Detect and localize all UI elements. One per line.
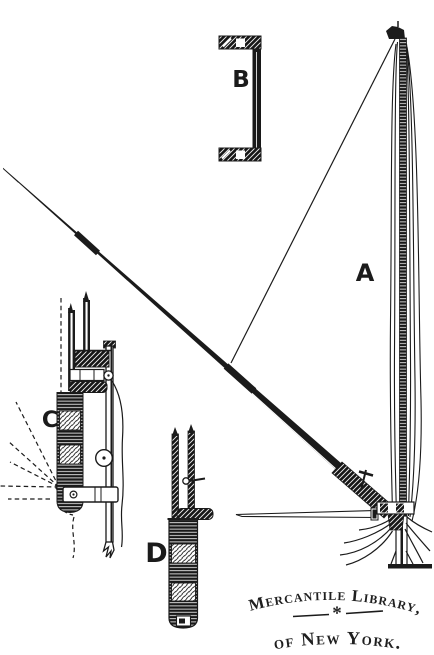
lower-band: [69, 382, 107, 393]
boom-collar-lower: [226, 366, 254, 391]
library-stamp: Mercantile Library, * of New York.: [247, 585, 425, 654]
part-d-spindle: D: [145, 424, 213, 628]
hanging-cord: [112, 381, 123, 547]
spindle-prong-left: [172, 434, 179, 520]
part-a-label: A: [356, 259, 375, 287]
part-b-bracket: B: [219, 36, 261, 161]
mast-pole: [400, 38, 407, 516]
drop-ropes: [340, 517, 432, 565]
mast-finial: [386, 26, 405, 39]
part-d-label: D: [145, 538, 167, 569]
spindle-barrel: [169, 519, 198, 628]
horizontal-rod: [236, 511, 377, 518]
part-c-assembly: C: [0, 291, 123, 558]
stamp-footer-text: of New York.: [272, 629, 403, 654]
upper-collar: [75, 351, 109, 367]
engraving-plate: B A: [0, 0, 434, 655]
part-c-label: C: [42, 408, 58, 433]
stamp-star: *: [332, 603, 342, 624]
mast-base-plate: [388, 564, 432, 569]
figure-plate-svg: B A: [0, 0, 434, 655]
spindle-prong-right: [188, 431, 195, 520]
pole-break: [104, 542, 115, 558]
boom-collar-upper: [76, 233, 98, 253]
part-b-label: B: [232, 67, 250, 93]
mast-assembly: A: [231, 21, 432, 569]
slide-bracket: [70, 370, 104, 381]
spindle-handle: [177, 509, 213, 520]
junction-bracket: [388, 514, 404, 530]
